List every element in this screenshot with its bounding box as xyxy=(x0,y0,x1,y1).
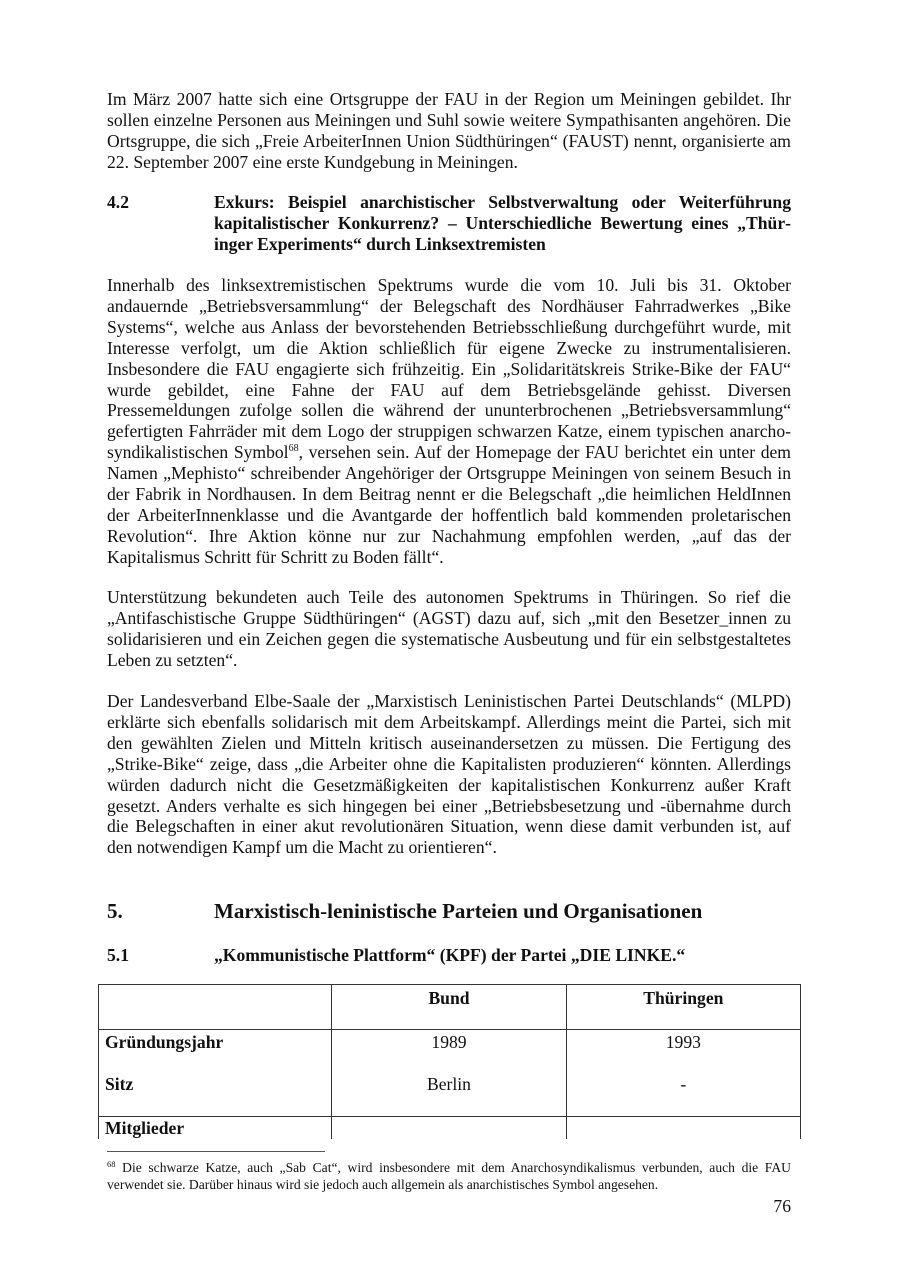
footnote-text: Die schwarze Katze, auch „Sab Cat“, wird… xyxy=(107,1160,791,1192)
table-cell xyxy=(332,1117,566,1140)
page-number: 76 xyxy=(773,1196,791,1217)
row-label: Gründungsjahr xyxy=(105,1032,325,1074)
footnote-separator xyxy=(107,1151,325,1152)
section-title: Exkurs: Beispiel anarchistischer Selbstv… xyxy=(214,192,791,255)
section-number: 4.2 xyxy=(107,192,129,213)
paragraph-text: Innerhalb des linksextremistischen Spekt… xyxy=(107,275,791,462)
section-title: Marxistisch-leninistische Parteien und O… xyxy=(214,899,791,923)
footnote: 68 Die schwarze Katze, auch „Sab Cat“, w… xyxy=(107,1159,791,1193)
paragraph-mlpd: Der Landesverband Elbe-Saale der „Marxis… xyxy=(107,691,791,858)
table-cell: 1993 xyxy=(573,1032,794,1074)
paragraph-faust-intro: Im März 2007 hatte sich eine Ortsgruppe … xyxy=(107,89,791,173)
table-header-row: Bund Thüringen xyxy=(99,985,801,1030)
table-cell: Berlin xyxy=(338,1074,559,1116)
footnote-reference[interactable]: 68 xyxy=(289,443,299,454)
row-label: Sitz xyxy=(105,1074,325,1116)
section-title: „Kommunistische Plattform“ (KPF) der Par… xyxy=(214,945,791,966)
table-row: Gründungsjahr Sitz 1989 Berlin 1993 - xyxy=(99,1030,801,1117)
table-header-cell: Thüringen xyxy=(566,985,800,1030)
table-row: Mitglieder xyxy=(99,1117,801,1140)
section-number: 5. xyxy=(107,899,123,923)
section-number: 5.1 xyxy=(107,945,129,966)
kpf-info-table: Bund Thüringen Gründungsjahr Sitz 1989 B… xyxy=(98,984,801,1139)
row-label: Mitglieder xyxy=(99,1117,332,1140)
paragraph-agst: Unterstützung bekundeten auch Teile des … xyxy=(107,587,791,671)
table-cell: 1989 xyxy=(338,1032,559,1074)
paragraph-bike-systems: Innerhalb des linksextremistischen Spekt… xyxy=(107,275,791,568)
table-header-cell: Bund xyxy=(332,985,566,1030)
footnote-number: 68 xyxy=(107,1159,116,1169)
table-cell xyxy=(566,1117,800,1140)
table-cell: - xyxy=(573,1074,794,1116)
table-header-cell xyxy=(99,985,332,1030)
